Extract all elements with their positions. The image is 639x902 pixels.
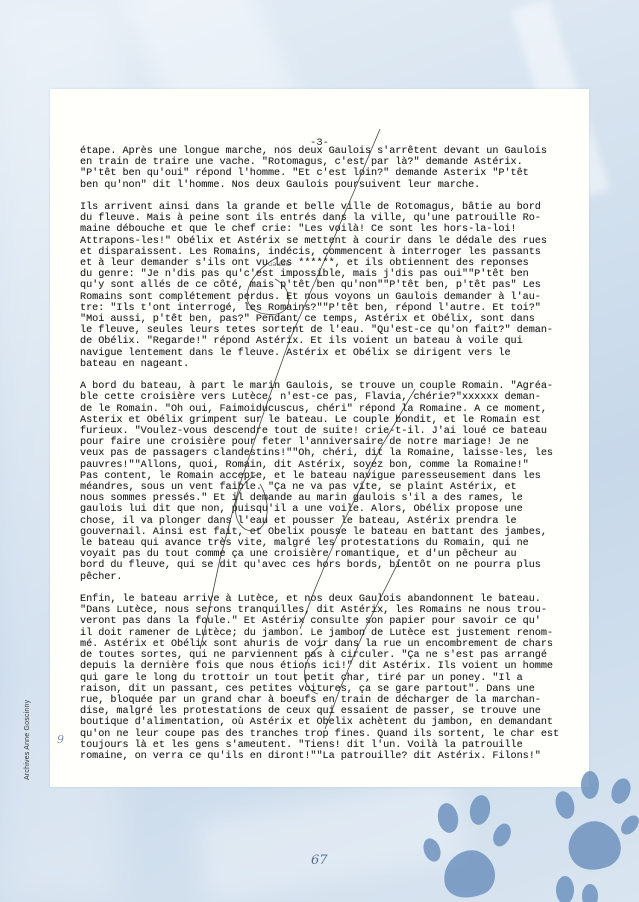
text-line: Attrapons-les!" Obélix et Astérix se met… [80, 236, 580, 247]
text-line: de toutes sortes, qui ne parviennent pas… [80, 650, 580, 661]
paw-print-icon [420, 790, 530, 902]
text-line: toujours là et les gens s'ameutent. "Tie… [80, 740, 580, 751]
text-line: veront pas dans la foule." Et Astérix co… [80, 616, 580, 627]
text-line: étape. Après une longue marche, nos deux… [80, 146, 580, 157]
text-line: et à leur demander s'ils ont vu les ****… [80, 258, 580, 269]
text-line: Asterix et Obélix grimpent sur le bateau… [80, 415, 580, 426]
text-line: "Moi aussi, p'têt ben, pas?" Pendant ce … [80, 314, 580, 325]
background-streak [195, 778, 465, 902]
typewritten-page: -3- étape. Après une longue marche, nos … [50, 89, 589, 787]
text-line: dise, malgré les protestations de ceux q… [80, 706, 580, 717]
text-line: gouvernail. Ainsi est fait, et Obelix po… [80, 527, 580, 538]
paragraph: A bord du bateau, à part le marin Gauloi… [80, 381, 580, 583]
archive-credit: Archives Anne Goscinny [24, 700, 31, 780]
text-line: navigue lentement dans le fleuve. Astéri… [80, 348, 580, 359]
text-line: méandres, sous un vent faible. "Ça ne va… [80, 482, 580, 493]
text-line: Ils arrivent ainsi dans la grande et bel… [80, 202, 580, 213]
text-line: pêcher. [80, 572, 580, 583]
handwritten-margin-number: 9 [57, 733, 64, 746]
text-line: du genre: "Je n'dis pas qu'c'est impossi… [80, 269, 580, 280]
text-line: et disparaissent. Les Romains, indécis, … [80, 247, 580, 258]
text-line: ben qu'non" dit l'homme. Nos deux Gauloi… [80, 180, 580, 191]
text-line: tre: "Ils t'ont interrogé, les Romains?"… [80, 303, 580, 314]
text-line: pauvres!""Allons, quoi, Romain, dit Asté… [80, 460, 580, 471]
text-line: voyait pas du tout comme ça une croisièr… [80, 549, 580, 560]
typed-text-body: étape. Après une longue marche, nos deux… [80, 146, 580, 773]
text-line: le fleuve, seules leurs tetes sortent de… [80, 325, 580, 336]
text-line: maine débouche et que le chef crie: "Les… [80, 224, 580, 235]
text-line: raison, dit un passant, ces petites voit… [80, 684, 580, 695]
text-line: bord du fleuve, qui se dit qu'avec ces h… [80, 560, 580, 571]
text-line: boutique d'alimentation, où Astérix et O… [80, 717, 580, 728]
text-line: qui gare le long du trottoir un tout pet… [80, 673, 580, 684]
text-line: mé. Astérix et Obélix sont ahuris de voi… [80, 639, 580, 650]
text-line: rue, bloquée par un grand char à boeufs … [80, 695, 580, 706]
text-line: qu'y sont allés de ce côté, mais p'têt b… [80, 280, 580, 291]
paragraph: étape. Après une longue marche, nos deux… [80, 146, 580, 191]
text-line: qu'on ne leur coupe pas des tranches tro… [80, 729, 580, 740]
text-line: gaulois lui dit que non, puisqu'il a une… [80, 504, 580, 515]
text-line: romaine, on verra ce qu'ils en diront!""… [80, 751, 580, 762]
text-line: A bord du bateau, à part le marin Gauloi… [80, 381, 580, 392]
text-line: Romains sont complétement perdus. Et nou… [80, 292, 580, 303]
text-line: "P'têt ben qu'oui" répond l'homme. "Et c… [80, 168, 580, 179]
text-line: "Dans Lutèce, nous serons tranquilles, d… [80, 605, 580, 616]
text-line: le bateau qui avance très vite, malgré l… [80, 538, 580, 549]
text-line: chose, il va plonger dans l'eau et pouss… [80, 516, 580, 527]
text-line: bateau en nageant. [80, 359, 580, 370]
text-line: de le Romain. "Oh oui, Faimoiducuscus, c… [80, 404, 580, 415]
text-line: veux pas de passagers clandestins!""Oh, … [80, 448, 580, 459]
text-line: en train de traire une vache. "Rotomagus… [80, 157, 580, 168]
text-line: furieux. "Voulez-vous descendre tout de … [80, 426, 580, 437]
text-line: de Obélix. "Regarde!" répond Astérix. Et… [80, 336, 580, 347]
text-line: Pas content, le Romain accepte, et le ba… [80, 471, 580, 482]
text-line: depuis la dernière fois que nous étions … [80, 661, 580, 672]
text-line: du fleuve. Mais à peine sont ils entrés … [80, 213, 580, 224]
text-line: Enfin, le bateau arrive à Lutèce, et nos… [80, 594, 580, 605]
paw-print-icon [540, 870, 620, 902]
folio-number: 67 [311, 853, 328, 868]
paragraph: Ils arrivent ainsi dans la grande et bel… [80, 202, 580, 370]
paragraph: Enfin, le bateau arrive à Lutèce, et nos… [80, 594, 580, 762]
text-line: il doit ramener de Lutèce; du jambon. Le… [80, 628, 580, 639]
text-line: nous sommes pressés." Et il demande au m… [80, 493, 580, 504]
text-line: ble cette croisière vers Lutèce, n'est-c… [80, 392, 580, 403]
text-line: pour faire une croisière pour feter l'an… [80, 437, 580, 448]
